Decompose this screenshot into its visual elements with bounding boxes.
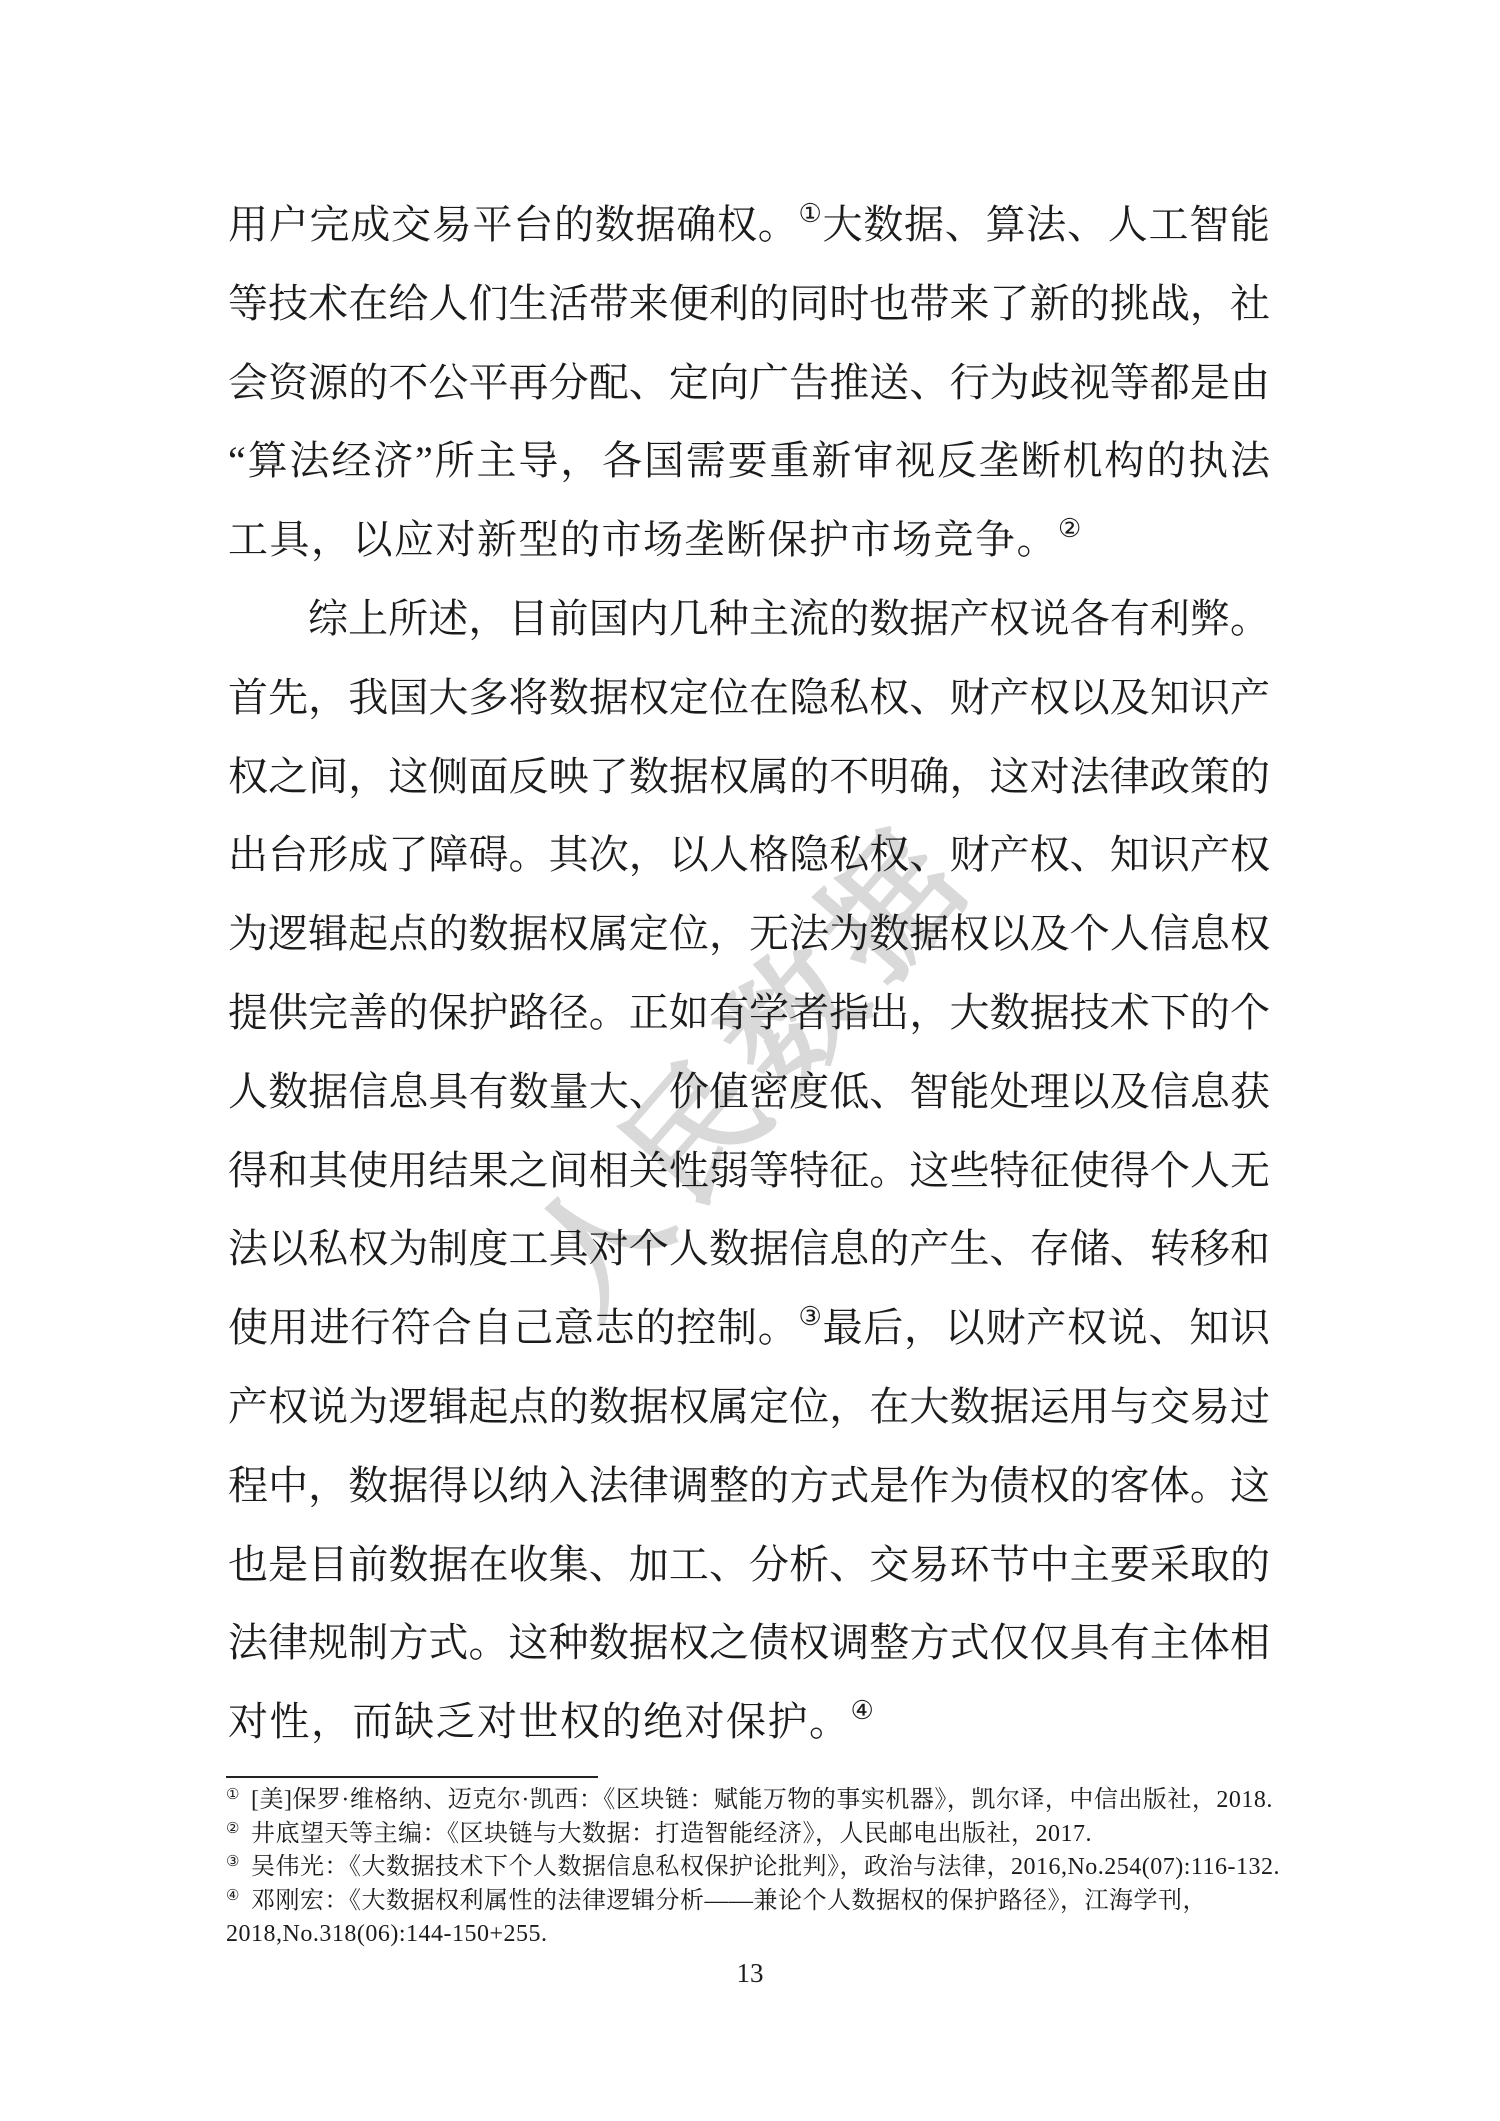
footnote-item: ①[美]保罗·维格纳、迈克尔·凯西：《区块链：赋能万物的事实机器》，凯尔译，中信… [226,1785,1346,1819]
line-text: 提供完善的保护路径。正如有学者指出，大数据技术下的个 [228,990,1270,1035]
footnote-ref-3: ③ [798,1302,822,1331]
body-line: 用户完成交易平台的数据确权。①大数据、算法、人工智能 [228,186,1270,265]
line-text: 首先，我国大多将数据权定位在隐私权、财产权以及知识产 [228,675,1270,720]
body-line: 人数据信息具有数量大、价值密度低、智能处理以及信息获 [228,1053,1270,1132]
line-text: 使用进行符合自己意志的控制。 [228,1305,798,1350]
line-text: 法律规制方式。这种数据权之债权调整方式仅仅具有主体相 [228,1620,1270,1665]
body-line: 使用进行符合自己意志的控制。③最后，以财产权说、知识 [228,1289,1270,1368]
body-line: 出台形成了障碍。其次，以人格隐私权、财产权、知识产权 [228,816,1270,895]
body-line: 程中，数据得以纳入法律调整的方式是作为债权的客体。这 [228,1447,1270,1526]
line-text: 对性，而缺乏对世权的绝对保护。 [228,1699,851,1744]
footnote-text: 邓刚宏：《大数据权利属性的法律逻辑分析——兼论个人数据权的保护路径》，江海学刊， [251,1888,1207,1914]
body-line: 得和其使用结果之间相关性弱等特征。这些特征使得个人无 [228,1132,1270,1211]
footnote-marker-3: ③ [226,1854,240,1870]
line-text: 大数据、算法、人工智能 [823,202,1270,247]
footnote-text: 2018,No.318(06):144-150+255. [226,1921,548,1947]
body-line: “算法经济”所主导，各国需要重新审视反垄断机构的执法 [228,422,1270,501]
footnote-separator [226,1776,598,1778]
footnote-text: 吴伟光：《大数据技术下个人数据信息私权保护论批判》，政治与法律，2016,No.… [251,1854,1280,1880]
body-line: 法以私权为制度工具对个人数据信息的产生、存储、转移和 [228,1210,1270,1289]
body-line: 产权说为逻辑起点的数据权属定位，在大数据运用与交易过 [228,1368,1270,1447]
line-text: “算法经济”所主导，各国需要重新审视反垄断机构的执法 [228,438,1270,483]
footnote-text: 井底望天等主编：《区块链与大数据：打造智能经济》，人民邮电出版社，2017. [251,1821,1092,1847]
body-line: 工具，以应对新型的市场垄断保护市场竞争。② [228,501,1270,580]
footnote-item: ②井底望天等主编：《区块链与大数据：打造智能经济》，人民邮电出版社，2017. [226,1819,1346,1853]
body-text: 用户完成交易平台的数据确权。①大数据、算法、人工智能 等技术在给人们生活带来便利… [228,186,1270,1762]
line-text: 得和其使用结果之间相关性弱等特征。这些特征使得个人无 [228,1148,1270,1193]
body-line: 为逻辑起点的数据权属定位，无法为数据权以及个人信息权 [228,895,1270,974]
line-text: 为逻辑起点的数据权属定位，无法为数据权以及个人信息权 [228,911,1270,956]
line-text: 程中，数据得以纳入法律调整的方式是作为债权的客体。这 [228,1463,1270,1508]
body-line: 提供完善的保护路径。正如有学者指出，大数据技术下的个 [228,974,1270,1053]
footnote-text: [美]保罗·维格纳、迈克尔·凯西：《区块链：赋能万物的事实机器》，凯尔译，中信出… [251,1787,1273,1813]
line-text: 用户完成交易平台的数据确权。 [228,202,798,247]
body-line-paragraph-start: 综上所述，目前国内几种主流的数据产权说各有利弊。 [228,580,1270,659]
footnote-ref-4: ④ [851,1696,876,1725]
line-text: 出台形成了障碍。其次，以人格隐私权、财产权、知识产权 [228,832,1270,877]
line-text: 产权说为逻辑起点的数据权属定位，在大数据运用与交易过 [228,1384,1270,1429]
footnote-continuation: 2018,No.318(06):144-150+255. [226,1919,1346,1950]
body-line: 法律规制方式。这种数据权之债权调整方式仅仅具有主体相 [228,1604,1270,1683]
footnote-item: ④邓刚宏：《大数据权利属性的法律逻辑分析——兼论个人数据权的保护路径》，江海学刊… [226,1886,1346,1920]
body-line: 首先，我国大多将数据权定位在隐私权、财产权以及知识产 [228,659,1270,738]
footnote-item: ③吴伟光：《大数据技术下个人数据信息私权保护论批判》，政治与法律，2016,No… [226,1852,1346,1886]
footnote-marker-4: ④ [226,1888,240,1904]
body-line: 会资源的不公平再分配、定向广告推送、行为歧视等都是由 [228,344,1270,423]
line-text: 工具，以应对新型的市场垄断保护市场竞争。 [228,517,1058,562]
line-text: 会资源的不公平再分配、定向广告推送、行为歧视等都是由 [228,360,1270,405]
footnotes: ①[美]保罗·维格纳、迈克尔·凯西：《区块链：赋能万物的事实机器》，凯尔译，中信… [226,1785,1346,1950]
line-text: 综上所述，目前国内几种主流的数据产权说各有利弊。 [308,596,1270,641]
page-number: 13 [0,1958,1500,1989]
line-text: 也是目前数据在收集、加工、分析、交易环节中主要采取的 [228,1542,1270,1587]
line-text: 最后，以财产权说、知识 [823,1305,1270,1350]
body-line: 等技术在给人们生活带来便利的同时也带来了新的挑战，社 [228,265,1270,344]
footnote-marker-1: ① [226,1787,240,1803]
line-text: 法以私权为制度工具对个人数据信息的产生、存储、转移和 [228,1226,1270,1271]
footnote-marker-2: ② [226,1821,240,1837]
document-page: 人民数据 用户完成交易平台的数据确权。①大数据、算法、人工智能 等技术在给人们生… [0,0,1500,2121]
footnote-ref-1: ① [798,199,822,228]
line-text: 权之间，这侧面反映了数据权属的不明确，这对法律政策的 [228,754,1270,799]
body-line: 权之间，这侧面反映了数据权属的不明确，这对法律政策的 [228,738,1270,817]
line-text: 等技术在给人们生活带来便利的同时也带来了新的挑战，社 [228,281,1270,326]
body-line: 对性，而缺乏对世权的绝对保护。④ [228,1683,1270,1762]
footnote-ref-2: ② [1058,514,1083,543]
line-text: 人数据信息具有数量大、价值密度低、智能处理以及信息获 [228,1069,1270,1114]
body-line: 也是目前数据在收集、加工、分析、交易环节中主要采取的 [228,1526,1270,1605]
